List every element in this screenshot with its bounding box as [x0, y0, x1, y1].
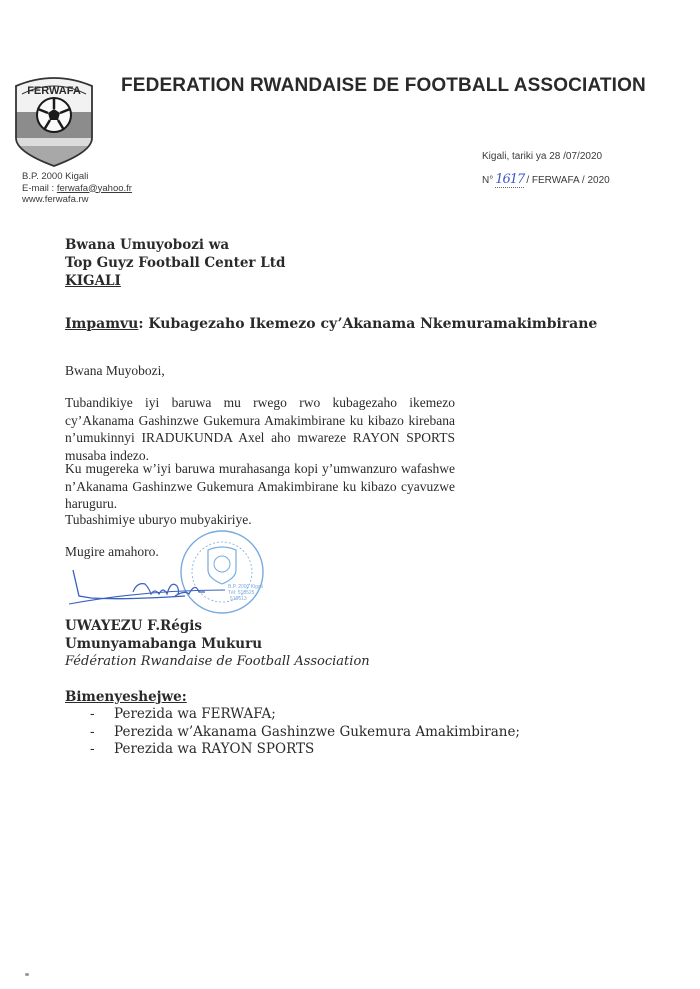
subject-text: : Kubagezaho Ikemezo cy’Akanama Nkemuram…: [138, 316, 597, 332]
address-block: B.P. 2000 Kigali E-mail : ferwafa@yahoo.…: [22, 171, 132, 206]
signatory-name: UWAYEZU F.Régis: [65, 618, 202, 634]
email-link[interactable]: ferwafa@yahoo.fr: [57, 183, 132, 194]
signatory-title: Umunyamabanga Mukuru: [65, 636, 262, 652]
recipient-line-1: Bwana Umuyobozi wa: [65, 237, 229, 253]
ref-suffix: / FERWAFA / 2020: [526, 175, 609, 186]
handwritten-signature: [65, 560, 235, 610]
date-line: Kigali, tariki ya 28 /07/2020: [482, 151, 602, 162]
ferwafa-logo: FERWAFA: [12, 72, 96, 168]
reference-number: N°1617/ FERWAFA / 2020: [482, 172, 610, 187]
salutation: Bwana Muyobozi,: [65, 362, 365, 380]
logo-text: FERWAFA: [27, 85, 81, 97]
po-box: B.P. 2000 Kigali: [22, 171, 132, 183]
subject-label: Impamvu: [65, 316, 138, 332]
cc-item: -Perezida w’Akanama Gashinzwe Gukemura A…: [90, 724, 520, 742]
body-paragraph-1: Tubandikiye iyi baruwa mu rwego rwo kuba…: [65, 394, 455, 464]
cc-item: -Perezida wa RAYON SPORTS: [90, 741, 520, 759]
body-paragraph-2: Ku mugereka w’iyi baruwa murahasanga kop…: [65, 460, 455, 513]
cc-item: -Perezida wa FERWAFA;: [90, 706, 520, 724]
email-line: E-mail : ferwafa@yahoo.fr: [22, 183, 132, 195]
recipient-line-2: Top Guyz Football Center Ltd: [65, 255, 285, 271]
cc-list: -Perezida wa FERWAFA; -Perezida w’Akanam…: [90, 706, 520, 759]
website[interactable]: www.ferwafa.rw: [22, 194, 132, 206]
ref-prefix: N°: [482, 175, 493, 186]
organization-title: FEDERATION RWANDAISE DE FOOTBALL ASSOCIA…: [121, 75, 646, 97]
email-label: E-mail :: [22, 183, 57, 194]
cc-title: Bimenyeshejwe:: [65, 689, 187, 705]
thanks-line: Tubashimiye uburyo mubyakiriye.: [65, 511, 365, 529]
ref-handwritten-number: 1617: [495, 172, 524, 188]
signatory-organization: Fédération Rwandaise de Football Associa…: [65, 654, 370, 669]
scan-speck: [25, 973, 29, 976]
recipient-city: KIGALI: [65, 273, 121, 289]
subject-line: Impamvu: Kubagezaho Ikemezo cy’Akanama N…: [65, 316, 597, 332]
